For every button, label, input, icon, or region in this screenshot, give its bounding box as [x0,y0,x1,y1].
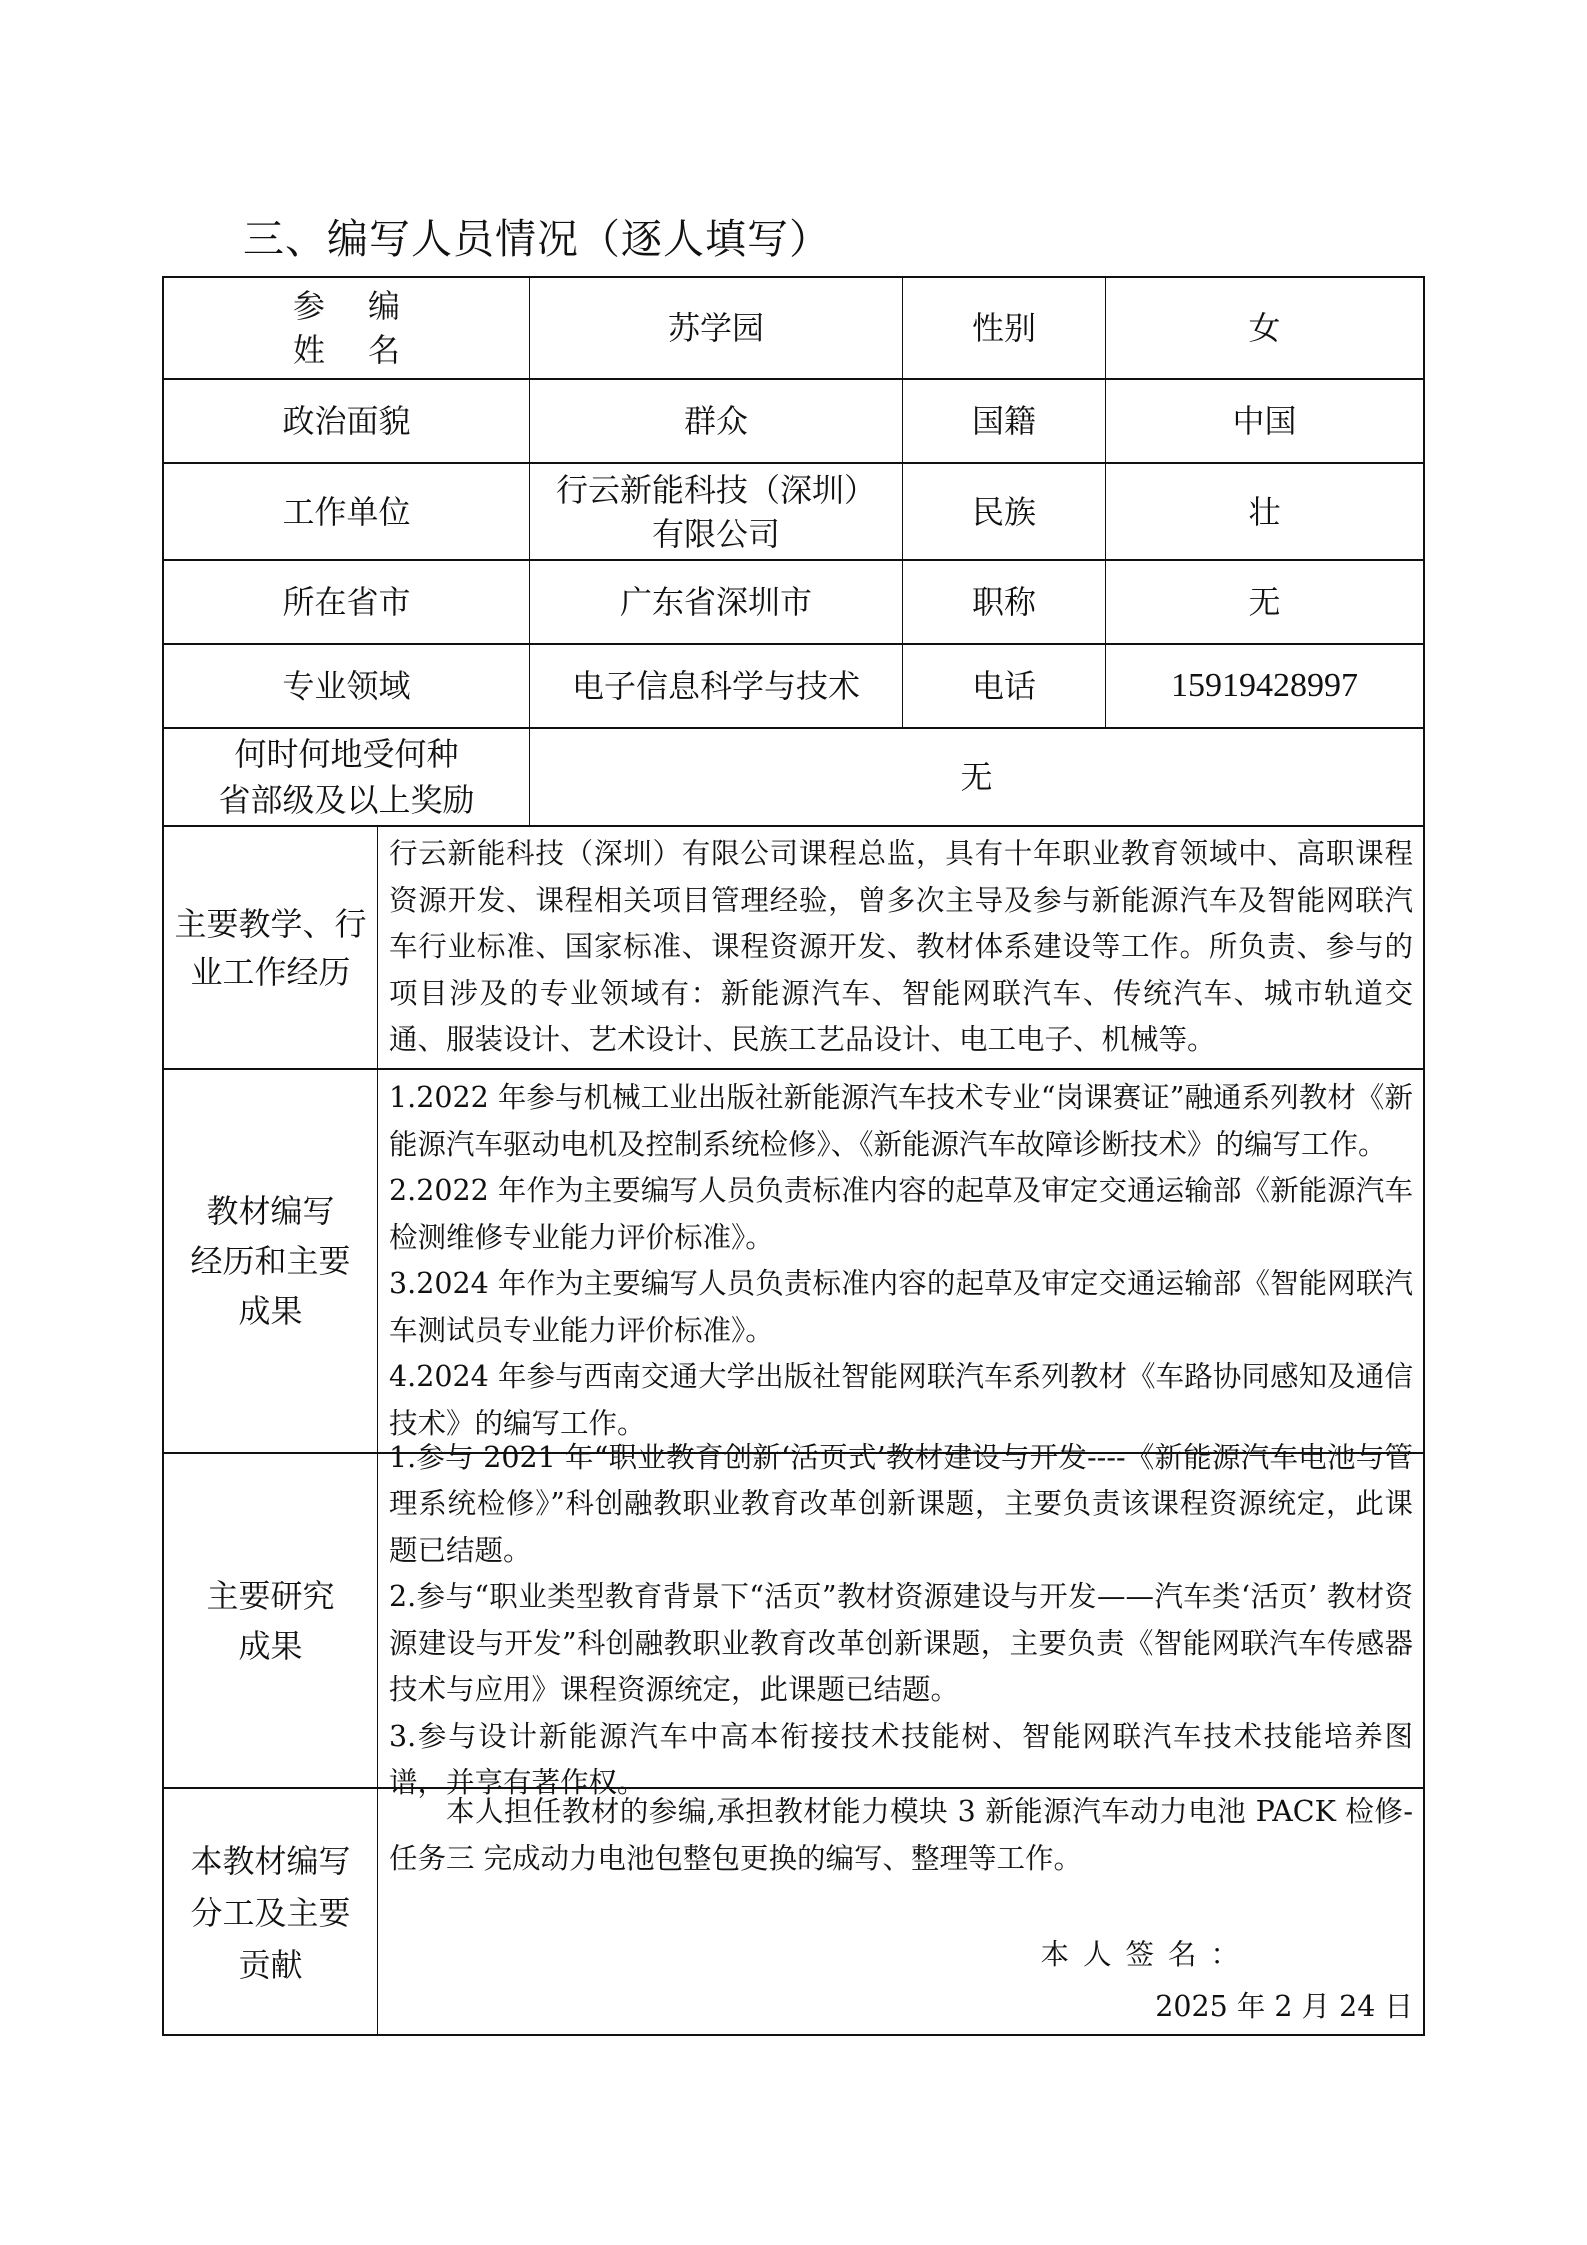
row-location: 所在省市 广东省深圳市 职称 无 [164,559,1423,643]
awards-label-line: 省部级及以上奖励 [218,777,474,823]
awards-label-line: 何时何地受何种 [234,731,458,777]
name-value: 苏学园 [529,278,902,378]
contribution-label-line: 贡献 [238,1939,302,1991]
row-experience: 主要教学、行 业工作经历 行云新能科技（深圳）有限公司课程总监，具有十年职业教育… [164,825,1423,1068]
experience-label-line: 业工作经历 [190,948,350,996]
textbook-label-line: 成果 [238,1286,302,1336]
name-label: 参 编 姓 名 [164,278,529,378]
textbook-list: 1.2022 年参与机械工业出版社新能源汽车技术专业“岗课赛证”融通系列教材《新… [377,1070,1423,1452]
research-label-line: 成果 [238,1621,302,1671]
phone-label: 电话 [902,645,1105,727]
location-label: 所在省市 [164,561,529,643]
signature-date: 2025 年 2 月 24 日 [1155,1984,1413,2031]
textbook-item: 4.2024 年参与西南交通大学出版社智能网联汽车系列教材《车路协同感知及通信技… [389,1354,1413,1447]
political-label: 政治面貌 [164,380,529,462]
row-research-achievements: 主要研究 成果 1.参与 2021 年“职业教育创新‘活页式’教材建设与开发--… [164,1452,1423,1787]
title-label: 职称 [902,561,1105,643]
experience-label: 主要教学、行 业工作经历 [164,827,377,1068]
textbook-item: 2.2022 年作为主要编写人员负责标准内容的起草及审定交通运输部《新能源汽车检… [389,1168,1413,1261]
awards-label: 何时何地受何种 省部级及以上奖励 [164,729,529,825]
research-item: 1.参与 2021 年“职业教育创新‘活页式’教材建设与开发----《新能源汽车… [389,1435,1413,1575]
row-awards: 何时何地受何种 省部级及以上奖励 无 [164,727,1423,825]
awards-value: 无 [529,729,1423,825]
title-value: 无 [1105,561,1423,643]
gender-label: 性别 [902,278,1105,378]
name-label-char: 名 [347,330,422,370]
research-list: 1.参与 2021 年“职业教育创新‘活页式’教材建设与开发----《新能源汽车… [377,1454,1423,1787]
name-label-char: 姓 [272,330,347,370]
author-info-table: 参 编 姓 名 苏学园 性别 女 政治面貌 群众 国籍 中国 工作单位 行云新能… [162,276,1425,2036]
row-contribution: 本教材编写 分工及主要 贡献 本人担任教材的参编,承担教材能力模块 3 新能源汽… [164,1787,1423,2036]
row-field: 专业领域 电子信息科学与技术 电话 15919428997 [164,643,1423,727]
signature-label: 本人签名： [1040,1932,1253,1979]
experience-label-line: 主要教学、行 [174,900,366,948]
contribution-paragraph: 本人担任教材的参编,承担教材能力模块 3 新能源汽车动力电池 PACK 检修-任… [389,1789,1413,1882]
nationality-value: 中国 [1105,380,1423,462]
field-value: 电子信息科学与技术 [529,645,902,727]
ethnicity-value: 壮 [1105,464,1423,559]
gender-value: 女 [1105,278,1423,378]
contribution-label-line: 本教材编写 [190,1835,350,1887]
political-value: 群众 [529,380,902,462]
textbook-item: 1.2022 年参与机械工业出版社新能源汽车技术专业“岗课赛证”融通系列教材《新… [389,1075,1413,1168]
textbook-label-line: 经历和主要 [190,1236,350,1286]
contribution-content: 本人担任教材的参编,承担教材能力模块 3 新能源汽车动力电池 PACK 检修-任… [377,1789,1423,2036]
textbook-label: 教材编写 经历和主要 成果 [164,1070,377,1452]
ethnicity-label: 民族 [902,464,1105,559]
section-title: 三、编写人员情况（逐人填写） [243,206,831,265]
research-item: 2.参与“职业类型教育背景下“活页”教材资源建设与开发——汽车类‘活页’ 教材资… [389,1574,1413,1714]
nationality-label: 国籍 [902,380,1105,462]
experience-paragraph: 行云新能科技（深圳）有限公司课程总监，具有十年职业教育领域中、高职课程资源开发、… [389,831,1413,1064]
contribution-label-line: 分工及主要 [190,1887,350,1939]
row-name: 参 编 姓 名 苏学园 性别 女 [164,278,1423,378]
employer-value-line: 行云新能科技（深圳） [556,468,876,512]
textbook-label-line: 教材编写 [206,1186,334,1236]
field-label: 专业领域 [164,645,529,727]
location-value: 广东省深圳市 [529,561,902,643]
phone-value: 15919428997 [1105,645,1423,727]
research-label: 主要研究 成果 [164,1454,377,1787]
row-political: 政治面貌 群众 国籍 中国 [164,378,1423,462]
contribution-label: 本教材编写 分工及主要 贡献 [164,1789,377,2036]
experience-text: 行云新能科技（深圳）有限公司课程总监，具有十年职业教育领域中、高职课程资源开发、… [377,827,1423,1068]
employer-label: 工作单位 [164,464,529,559]
name-label-char: 参 [272,286,347,326]
textbook-item: 3.2024 年作为主要编写人员负责标准内容的起草及审定交通运输部《智能网联汽车… [389,1261,1413,1354]
employer-value: 行云新能科技（深圳） 有限公司 [529,464,902,559]
employer-value-line: 有限公司 [652,512,780,556]
row-textbook-achievements: 教材编写 经历和主要 成果 1.2022 年参与机械工业出版社新能源汽车技术专业… [164,1068,1423,1452]
research-label-line: 主要研究 [206,1571,334,1621]
row-employer: 工作单位 行云新能科技（深圳） 有限公司 民族 壮 [164,462,1423,559]
name-label-char: 编 [347,286,422,326]
